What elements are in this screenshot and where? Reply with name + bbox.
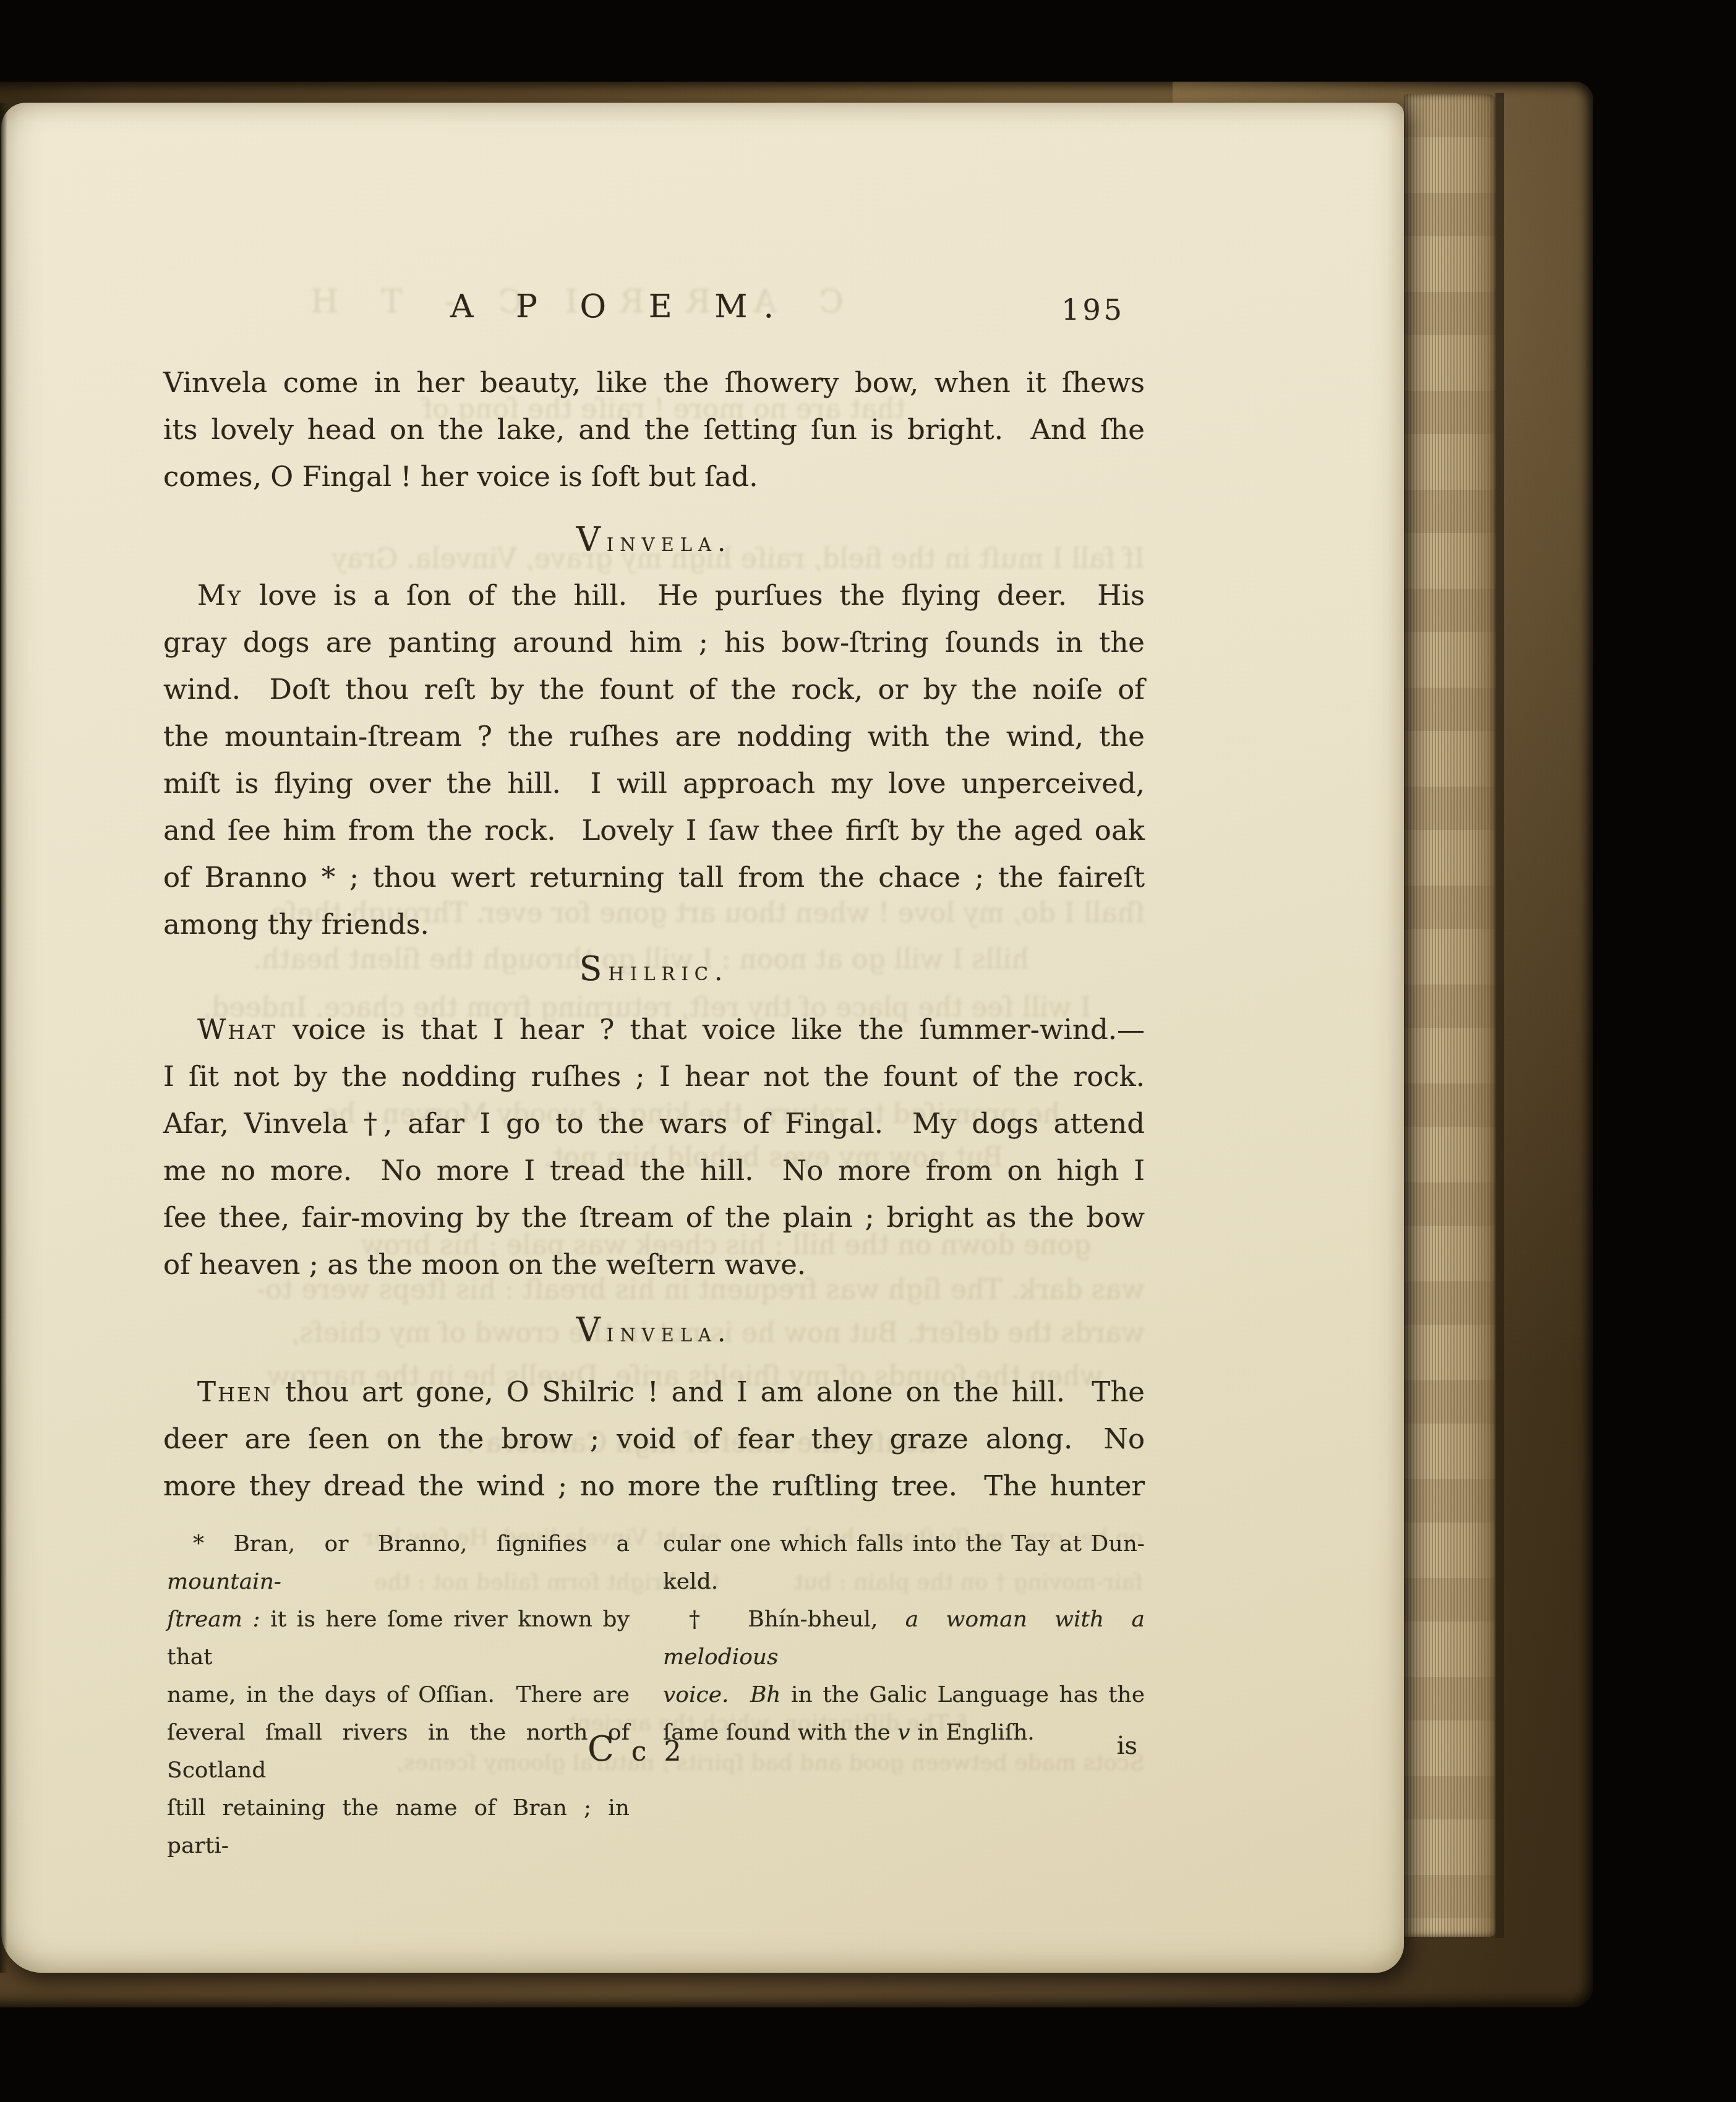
speaker-heading: Vinvela.	[163, 1313, 1145, 1350]
italic-text: voice.	[663, 1682, 729, 1707]
poem-line: My love is a ſon of the hill. He purſues…	[163, 572, 1145, 619]
text-segment: more they dread the wind ; no more the r…	[163, 1469, 1145, 1502]
poem-paragraph: Vinvela come in her beauty, like the ſho…	[163, 359, 1145, 500]
poem-line: of heaven ; as the moon on the weſtern w…	[163, 1241, 1145, 1288]
text-segment: name, in the days of Oſſian. There are	[167, 1682, 630, 1707]
book-fore-edge	[1404, 94, 1495, 1937]
text-segment	[729, 1682, 750, 1707]
poem-line: ſtream : it is here ſome river known by …	[167, 1600, 630, 1676]
lead-word: My	[197, 579, 242, 612]
text-segment: its lovely head on the lake, and the ſet…	[163, 413, 1145, 446]
poem-paragraph: My love is a ſon of the hill. He purſues…	[163, 572, 1145, 948]
text-segment: Vinvela come in her beauty, like the ſho…	[163, 366, 1145, 399]
poem-line: † Bhín-bheul, a woman with a melodious	[663, 1600, 1145, 1676]
poem-line: miſt is flying over the hill. I will app…	[163, 760, 1145, 807]
lead-word: Then	[197, 1375, 272, 1408]
poem-line: What voice is that I hear ? that voice l…	[163, 1006, 1145, 1053]
poem-line: * Bran, or Branno, ſignifies a mountain-	[167, 1525, 630, 1600]
catchword: is	[1117, 1732, 1137, 1760]
text-segment: me no more. No more I tread the hill. No…	[163, 1154, 1145, 1187]
italic-text: Bh	[750, 1682, 781, 1707]
fore-edge-shadow	[1495, 93, 1504, 1938]
text-segment: gray dogs are panting around him ; his b…	[163, 626, 1145, 659]
poem-line: the mountain-ſtream ? the ruſhes are nod…	[163, 713, 1145, 760]
text-segment: of heaven ; as the moon on the weſtern w…	[163, 1248, 806, 1281]
poem-line: Vinvela come in her beauty, like the ſho…	[163, 359, 1145, 406]
page-number: 195	[1061, 293, 1125, 327]
poem-line: its lovely head on the lake, and the ſet…	[163, 406, 1145, 453]
italic-text: mountain-	[167, 1569, 281, 1594]
poem-line: of Branno * ; thou wert returning tall f…	[163, 854, 1145, 901]
text-segment: deer are ſeen on the brow ; void of fear…	[163, 1422, 1145, 1455]
poem-line: among thy friends.	[163, 901, 1145, 948]
text-segment: I ſit not by the nodding ruſhes ; I hear…	[163, 1060, 1145, 1093]
poem-line: keld.	[663, 1563, 1145, 1600]
poem-paragraph: What voice is that I hear ? that voice l…	[163, 1006, 1145, 1288]
text-segment: miſt is flying over the hill. I will app…	[163, 767, 1145, 800]
text-segment: Afar, Vinvela †, afar I go to the wars o…	[163, 1107, 1145, 1140]
text-segment: among thy friends.	[163, 908, 429, 941]
poem-line: deer are ſeen on the brow ; void of fear…	[163, 1416, 1145, 1463]
poem-line: and ſee him from the rock. Lovely I ſaw …	[163, 807, 1145, 854]
italic-text: ſtream :	[167, 1607, 260, 1632]
poem-line: more they dread the wind ; no more the r…	[163, 1463, 1145, 1510]
text-segment: in the Galic Language has the	[781, 1682, 1145, 1707]
book-page: C A R R I C - T Hthat are no more ! raiſ…	[1, 103, 1404, 1973]
poem-line: wind. Doſt thou reſt by the fount of the…	[163, 666, 1145, 713]
poem-line: ſtill retaining the name of Bran ; in pa…	[167, 1789, 630, 1865]
text-segment: of Branno * ; thou wert returning tall f…	[163, 861, 1145, 894]
poem-line: cular one which falls into the Tay at Du…	[663, 1525, 1145, 1563]
gutter-shadow	[0, 103, 7, 1973]
text-segment: wind. Doſt thou reſt by the fount of the…	[163, 673, 1145, 706]
text-segment: * Bran, or Branno, ſignifies a	[193, 1531, 630, 1557]
poem-line: I ſit not by the nodding ruſhes ; I hear…	[163, 1053, 1145, 1100]
poem-line: name, in the days of Oſſian. There are	[167, 1676, 630, 1714]
lead-word: What	[197, 1013, 277, 1046]
text-segment: voice is that I hear ? that voice like t…	[277, 1013, 1145, 1046]
poem-line: comes, O Fingal ! her voice is ſoft but …	[163, 453, 1145, 500]
poem-line: me no more. No more I tread the hill. No…	[163, 1147, 1145, 1194]
text-segment: thou art gone, O Shilric ! and I am alon…	[272, 1375, 1145, 1408]
text-segment: comes, O Fingal ! her voice is ſoft but …	[163, 460, 758, 493]
page-header: A P O E M. 195	[163, 288, 1145, 338]
poem-line: ſee thee, fair-moving by the ſtream of t…	[163, 1194, 1145, 1241]
text-segment: keld.	[663, 1569, 718, 1594]
poem-line: voice. Bh in the Galic Language has the	[663, 1676, 1145, 1714]
text-segment: and ſee him from the rock. Lovely I ſaw …	[163, 814, 1145, 847]
text-segment: † Bhín-bheul,	[689, 1607, 905, 1632]
poem-text-block: Vinvela come in her beauty, like the ſho…	[163, 359, 1145, 1510]
poem-line: gray dogs are panting around him ; his b…	[163, 619, 1145, 666]
speaker-heading: Vinvela.	[163, 523, 1145, 560]
running-head: A P O E M.	[163, 288, 1145, 325]
text-segment: ſee thee, fair-moving by the ſtream of t…	[163, 1201, 1145, 1234]
text-segment: ſtill retaining the name of Bran ; in pa…	[167, 1795, 630, 1858]
text-segment: the mountain-ſtream ? the ruſhes are nod…	[163, 720, 1145, 753]
footnote-column-right: cular one which falls into the Tay at Du…	[663, 1525, 1145, 1751]
text-segment: love is a ſon of the hill. He purſues th…	[242, 579, 1145, 612]
footnote-column-left: * Bran, or Branno, ſignifies a mountain-…	[167, 1525, 630, 1865]
signature-row: C c 2 is	[163, 1729, 1145, 1779]
poem-paragraph: Then thou art gone, O Shilric ! and I am…	[163, 1369, 1145, 1510]
speaker-heading: Shilric.	[163, 952, 1145, 989]
text-segment: cular one which falls into the Tay at Du…	[663, 1531, 1145, 1557]
poem-line: Afar, Vinvela †, afar I go to the wars o…	[163, 1100, 1145, 1147]
poem-line: Then thou art gone, O Shilric ! and I am…	[163, 1369, 1145, 1416]
photo-canvas: C A R R I C - T Hthat are no more ! raiſ…	[0, 0, 1736, 2102]
signature-mark: C c 2	[588, 1729, 685, 1769]
